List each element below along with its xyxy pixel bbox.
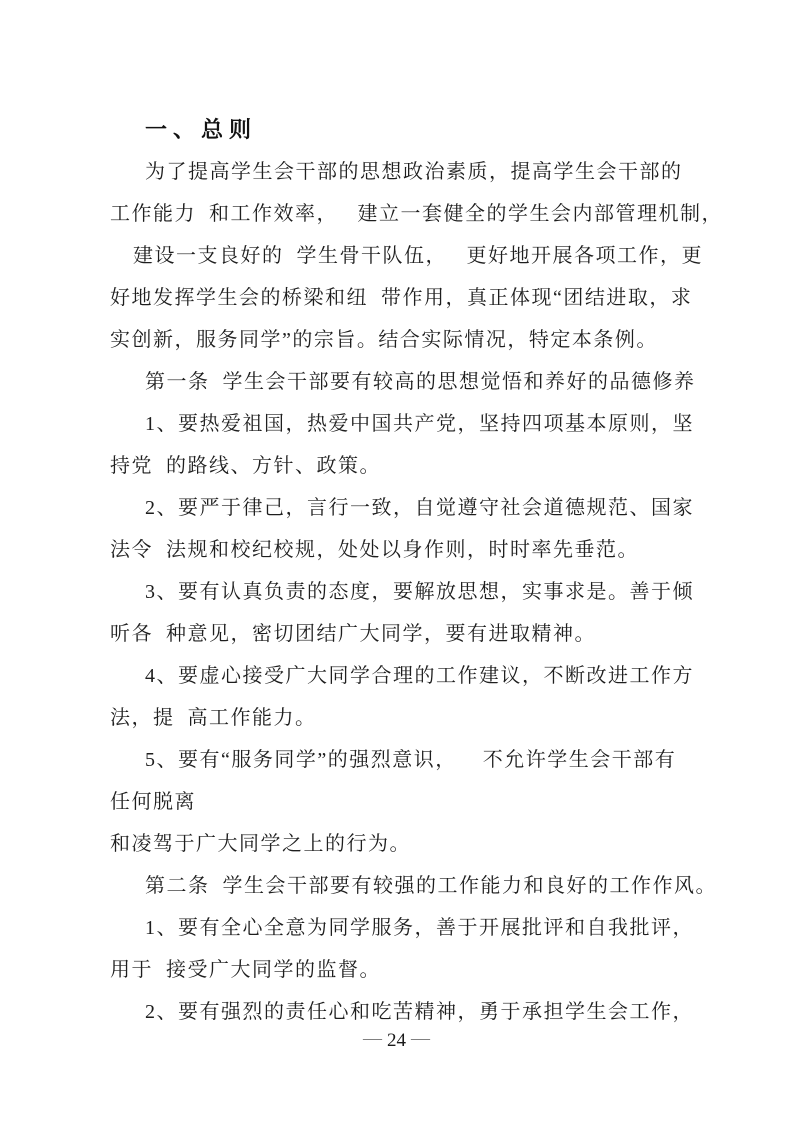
text-line: 工作能力 和工作效率， 建立一套健全的学生会内部管理机制，	[110, 193, 688, 235]
text-line: 听各 种意见，密切团结广大同学，要有进取精神。	[110, 613, 688, 655]
text-line: 好地发挥学生会的桥梁和纽 带作用，真正体现“团结进取，求	[110, 277, 688, 319]
page-number: —24—	[0, 1024, 793, 1058]
text-line: 1、要有全心全意为同学服务，善于开展批评和自我批评，	[110, 907, 688, 949]
text-line: 1、要热爱祖国，热爱中国共产党，坚持四项基本原则，坚	[110, 403, 688, 445]
text-line: 建设一支良好的 学生骨干队伍， 更好地开展各项工作，更	[110, 235, 688, 277]
text-line: 和凌驾于广大同学之上的行为。	[110, 823, 688, 865]
text-line: 法，提 高工作能力。	[110, 697, 688, 739]
text-line: 第二条 学生会干部要有较强的工作能力和良好的工作作风。	[110, 865, 688, 907]
text-line: 持党 的路线、方针、政策。	[110, 445, 688, 487]
text-line: 任何脱离	[110, 781, 688, 823]
document-page: 一、总则 为了提高学生会干部的思想政治素质，提高学生会干部的 工作能力 和工作效…	[0, 0, 793, 1122]
text-line: 为了提高学生会干部的思想政治素质，提高学生会干部的	[110, 151, 688, 193]
text-line: 第一条 学生会干部要有较高的思想觉悟和养好的品德修养	[110, 361, 688, 403]
text-line: 法令 法规和校纪校规，处处以身作则，时时率先垂范。	[110, 529, 688, 571]
page-number-value: 24	[387, 1030, 406, 1051]
text-line: 4、要虚心接受广大同学合理的工作建议，不断改进工作方	[110, 655, 688, 697]
text-line: 用于 接受广大同学的监督。	[110, 949, 688, 991]
text-line: 实创新，服务同学”的宗旨。结合实际情况，特定本条例。	[110, 319, 688, 361]
text-line: 3、要有认真负责的态度，要解放思想，实事求是。善于倾	[110, 571, 688, 613]
page-number-dash: —	[411, 1028, 430, 1049]
text-line: 2、要严于律己，言行一致，自觉遵守社会道德规范、国家	[110, 487, 688, 529]
page-number-dash: —	[363, 1028, 382, 1049]
text-line: 5、要有“服务同学”的强烈意识， 不允许学生会干部有	[110, 739, 688, 781]
section-heading: 一、总则	[110, 109, 688, 151]
document-body: 一、总则 为了提高学生会干部的思想政治素质，提高学生会干部的 工作能力 和工作效…	[110, 109, 688, 1033]
